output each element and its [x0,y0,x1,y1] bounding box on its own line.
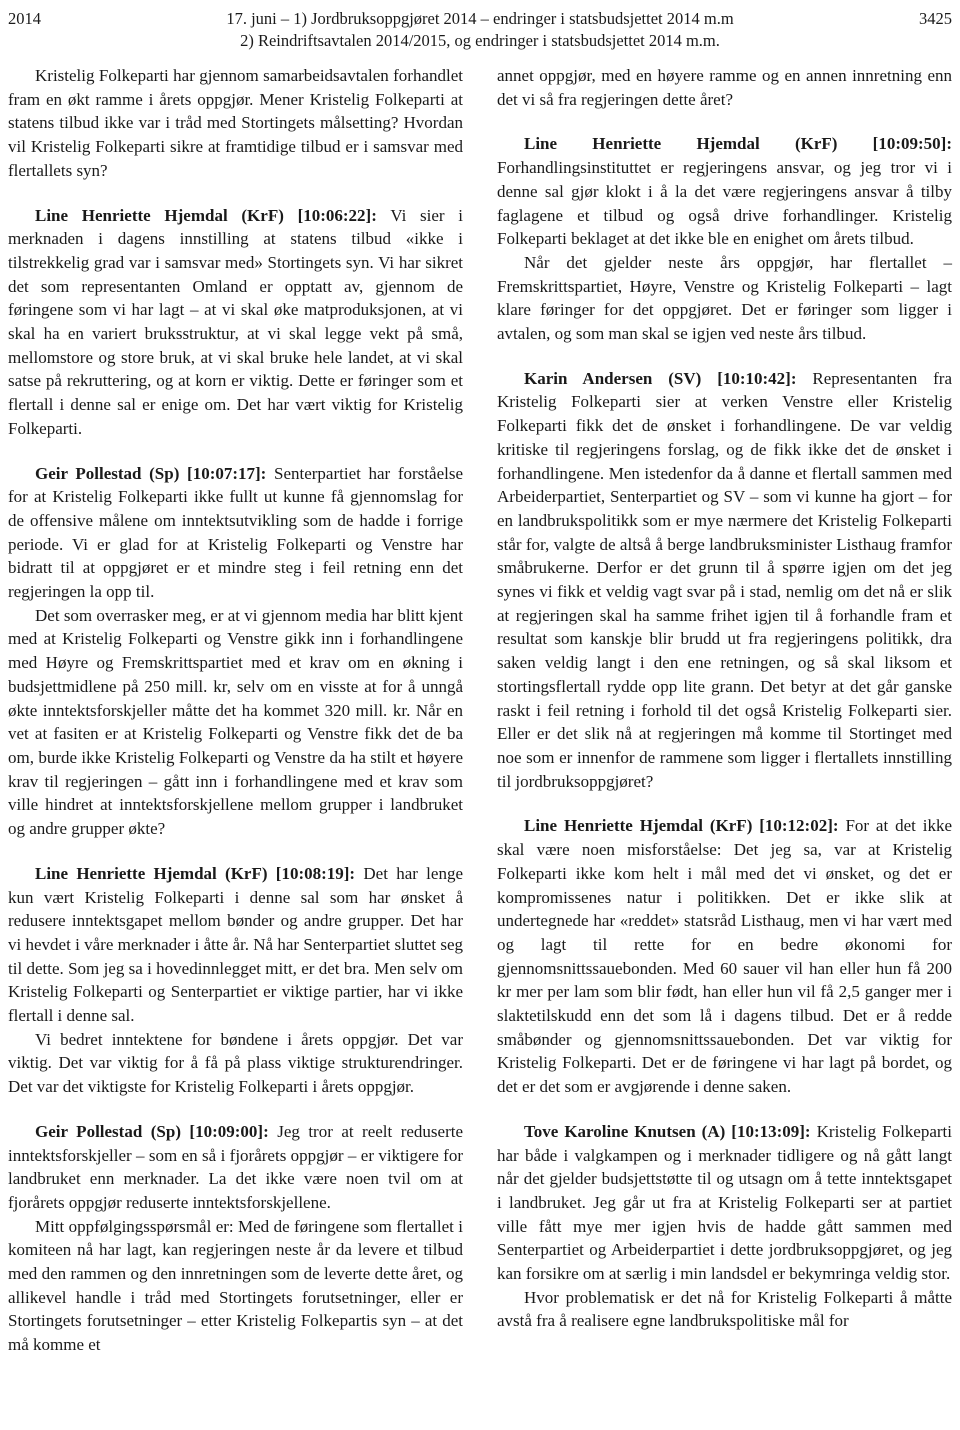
speech-paragraph: Line Henriette Hjemdal (KrF) [10:08:19]:… [8,862,463,1028]
left-column: Kristelig Folkeparti har gjennom samarbe… [8,64,463,1357]
paragraph-text: Hvor problematisk er det nå for Kristeli… [497,1288,952,1331]
paragraph-text: Kristelig Folkeparti har gjennom samarbe… [8,66,463,180]
speech-paragraph: Line Henriette Hjemdal (KrF) [10:12:02]:… [497,814,952,1098]
speech-paragraph: Geir Pollestad (Sp) [10:07:17]: Senterpa… [8,462,463,604]
speaker-name: Geir Pollestad (Sp) [10:09:00]: [35,1122,269,1141]
header-title-line2: 2) Reindriftsavtalen 2014/2015, og endri… [118,30,842,52]
page-header: 2014 17. juni – 1) Jordbruksoppgjøret 20… [8,8,952,52]
paragraph-text: Det har lenge kun vært Kristelig Folkepa… [8,864,463,1025]
speaker-name: Tove Karoline Knutsen (A) [10:13:09]: [524,1122,811,1141]
paragraph-text: Mitt oppfølgingsspørsmål er: Med de føri… [8,1217,463,1355]
right-column: annet oppgjør, med en høyere ramme og en… [497,64,952,1357]
header-title: 17. juni – 1) Jordbruksoppgjøret 2014 – … [118,8,842,52]
paragraph-text: Representanten fra Kristelig Folkeparti … [497,369,952,791]
paragraph-text: Vi bedret inntektene for bøndene i årets… [8,1030,463,1096]
paragraph: Kristelig Folkeparti har gjennom samarbe… [8,64,463,183]
speaker-name: Line Henriette Hjemdal (KrF) [10:12:02]: [524,816,839,835]
paragraph-text: Forhandlingsinstituttet er regjeringens … [497,158,952,248]
paragraph: annet oppgjør, med en høyere ramme og en… [497,64,952,111]
speech-paragraph: Geir Pollestad (Sp) [10:09:00]: Jeg tror… [8,1120,463,1215]
speaker-name: Line Henriette Hjemdal (KrF) [10:08:19]: [35,864,355,883]
paragraph-text: For at det ikke skal være noen misforstå… [497,816,952,1096]
speaker-name: Karin Andersen (SV) [10:10:42]: [524,369,797,388]
paragraph: Det som overrasker meg, er at vi gjennom… [8,604,463,841]
paragraph-text: annet oppgjør, med en høyere ramme og en… [497,66,952,109]
speech-paragraph: Line Henriette Hjemdal (KrF) [10:09:50]:… [497,132,952,251]
speech-paragraph: Karin Andersen (SV) [10:10:42]: Represen… [497,367,952,794]
page-number: 3425 [842,8,952,30]
header-year: 2014 [8,8,118,30]
text-columns: Kristelig Folkeparti har gjennom samarbe… [8,64,952,1357]
paragraph: Hvor problematisk er det nå for Kristeli… [497,1286,952,1333]
paragraph-text: Kristelig Folkeparti har både i valgkamp… [497,1122,952,1283]
paragraph: Vi bedret inntektene for bøndene i årets… [8,1028,463,1099]
speaker-name: Line Henriette Hjemdal (KrF) [10:09:50]: [524,134,952,153]
paragraph-text: Vi sier i merknaden i dagens innstilling… [8,206,463,438]
speech-paragraph: Tove Karoline Knutsen (A) [10:13:09]: Kr… [497,1120,952,1286]
speaker-name: Geir Pollestad (Sp) [10:07:17]: [35,464,266,483]
paragraph-text: Når det gjelder neste års oppgjør, har f… [497,253,952,343]
paragraph-text: Det som overrasker meg, er at vi gjennom… [8,606,463,838]
paragraph: Når det gjelder neste års oppgjør, har f… [497,251,952,346]
header-title-line1: 17. juni – 1) Jordbruksoppgjøret 2014 – … [118,8,842,30]
paragraph: Mitt oppfølgingsspørsmål er: Med de føri… [8,1215,463,1357]
document-page: 2014 17. juni – 1) Jordbruksoppgjøret 20… [0,0,960,1430]
speaker-name: Line Henriette Hjemdal (KrF) [10:06:22]: [35,206,377,225]
speech-paragraph: Line Henriette Hjemdal (KrF) [10:06:22]:… [8,204,463,441]
paragraph-text: Senterpartiet har forståelse for at Kris… [8,464,463,602]
